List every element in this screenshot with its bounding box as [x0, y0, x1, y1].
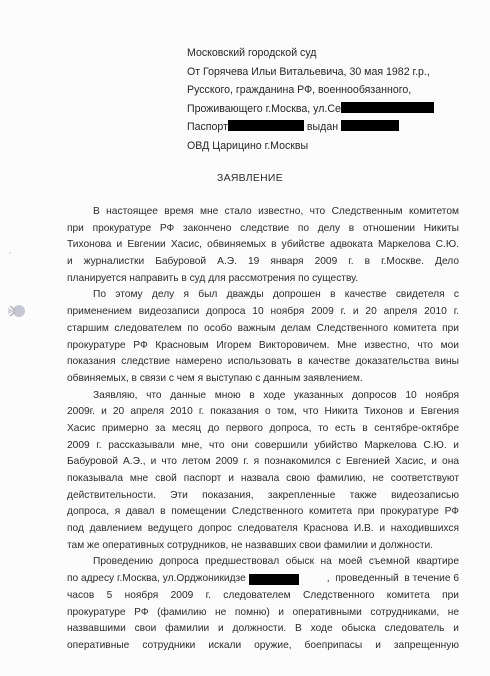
text-line: Проведению допроса предшествовал обыск н… [67, 554, 459, 571]
paragraph-1: В настоящее время мне стало известно, чт… [67, 204, 459, 287]
paragraph-4: Проведению допроса предшествовал обыск н… [67, 554, 459, 654]
address-suffix: , проведенный в течение 6 [327, 571, 459, 588]
document-title: ЗАЯВЛЕНИЕ [5, 173, 490, 184]
header-passport-label: Паспорт [187, 121, 228, 133]
text-line: прокуратуре РФ Красновым Игорем Викторов… [67, 338, 459, 355]
header-court: Московский городской суд [187, 44, 434, 63]
text-line: применением видеозаписи допроса 10 ноябр… [67, 304, 459, 321]
text-line: оперативные сотрудники искали оружие, бо… [67, 638, 459, 655]
text-line: допроса, я давал в помещении Следственно… [67, 504, 459, 521]
redaction-search-address [249, 574, 299, 585]
text-line-address: по адресу г.Москва, ул.Орджоникидзе , пр… [67, 571, 459, 588]
redaction-passport-issuer [341, 120, 399, 131]
document-body: В настоящее время мне стало известно, чт… [67, 204, 459, 655]
header-address: Проживающего г.Москва, ул.Се [187, 100, 434, 119]
paragraph-2: По этому делу я был дважды допрошен в ка… [67, 287, 459, 387]
text-line: Бабуровой А.Э., и что летом 2009 г. я по… [67, 454, 459, 471]
text-line: Хасис примерно за месяц до первого допро… [67, 421, 459, 438]
scan-speck [9, 252, 11, 254]
text-line: под давлением ведущего допрос следовател… [67, 521, 459, 538]
text-line: назвавшими свои фамилии и должности. В х… [67, 621, 459, 638]
paragraph-3: Заявляю, что данные мною в ходе указанны… [67, 388, 459, 555]
margin-stamp-mark-icon [6, 303, 26, 319]
header-address-text: Проживающего г.Москва, ул.Се [187, 103, 341, 115]
text-line: планируется направить в суд для рассмотр… [67, 271, 459, 288]
text-line: 2009г. и 20 апреля 2010 г. показания о т… [67, 404, 459, 421]
redaction-passport-number [228, 120, 304, 131]
address-prefix: по адресу г.Москва, ул.Орджоникидзе [67, 571, 246, 588]
text-line: при прокуратуре РФ закончено следствие п… [67, 221, 459, 238]
text-line: там же оперативных сотрудников, не назва… [67, 538, 459, 555]
redaction-address [341, 102, 434, 113]
scanned-document-page: Московский городской суд От Горячева Иль… [0, 0, 490, 676]
text-line: действительности. Эти показания, закрепл… [67, 488, 459, 505]
text-line: В настоящее время мне стало известно, чт… [67, 204, 459, 221]
text-line: По этому делу я был дважды допрошен в ка… [67, 287, 459, 304]
text-line: прокуратуре РФ (фамилию не помню) и опер… [67, 605, 459, 622]
text-line: старшим следователем по особо важным дел… [67, 321, 459, 338]
header-passport-issued: выдан [307, 121, 338, 133]
text-line: Заявляю, что данные мною в ходе указанны… [67, 388, 459, 405]
header-ovd: ОВД Царицино г.Москвы [187, 137, 434, 156]
text-line: часов 5 ноября 2009 г. следователем След… [67, 588, 459, 605]
text-line: показания следствие намерено использоват… [67, 354, 459, 371]
header-from: От Горячева Ильи Витальевича, 30 мая 198… [187, 63, 434, 82]
header-passport: Паспорт выдан [187, 118, 434, 137]
text-line: Тихонова и Евгении Хасис, обвиняемых в у… [67, 237, 459, 254]
text-line: и журналистки Бабуровой А.Э. 19 января 2… [67, 254, 459, 271]
header-citizenship: Русского, гражданина РФ, военнообязанног… [187, 81, 434, 100]
text-line: показывала мне свой паспорт и назвала св… [67, 471, 459, 488]
text-line: обвиняемых, в связи с чем я выступаю с д… [67, 371, 459, 388]
document-header: Московский городской суд От Горячева Иль… [187, 44, 434, 156]
text-line: 2009 г. рассказывали мне, что они соверш… [67, 438, 459, 455]
